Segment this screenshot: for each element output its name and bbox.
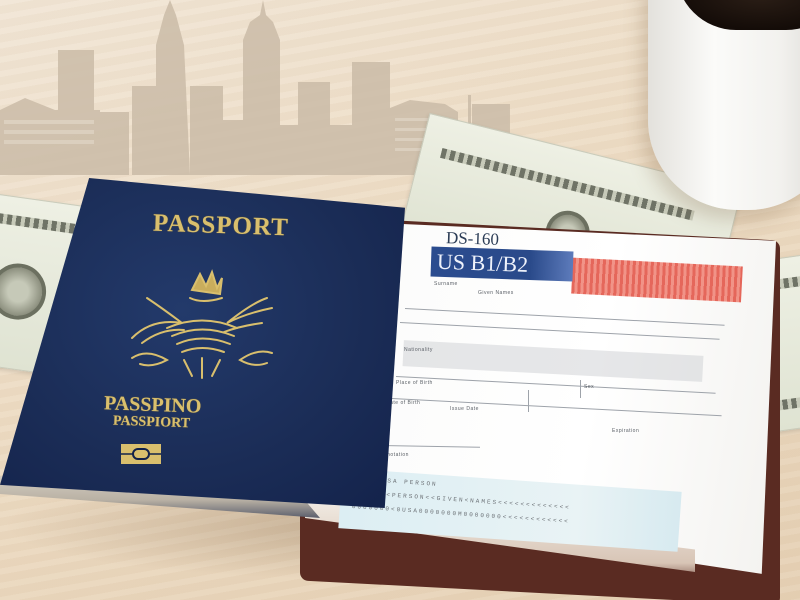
biometric-chip-icon — [120, 443, 162, 465]
passport-title: PASSPORT — [153, 210, 290, 243]
form-divider — [528, 390, 529, 412]
form-label: Issue Date — [450, 406, 479, 412]
form-label: Given Names — [478, 290, 514, 296]
form-label: Place of Birth — [396, 380, 433, 386]
form-label: Sex — [584, 384, 594, 390]
photo-scene: DS-160 US B1/B2 Surname Given Names Nati… — [0, 0, 800, 600]
visa-type-banner: US B1/B2 — [431, 247, 574, 282]
eagle-emblem-icon — [122, 268, 282, 383]
form-divider — [580, 380, 581, 398]
passport-subtitle-secondary: PASSPIORT — [113, 414, 191, 433]
coffee — [676, 0, 800, 30]
form-label: Expiration — [612, 428, 639, 434]
coffee-cup — [648, 0, 800, 210]
form-label: Surname — [434, 281, 458, 287]
form-label: Nationality — [404, 347, 433, 353]
